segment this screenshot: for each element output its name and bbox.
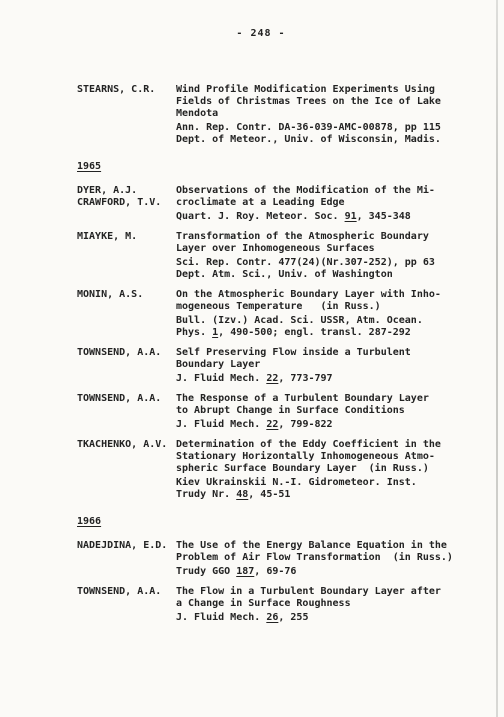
entry-title: Observations of the Modification of the …: [176, 185, 476, 209]
entry-title: Self Preserving Flow inside a Turbulent …: [176, 347, 476, 371]
year-heading-1965: 1965: [77, 161, 101, 173]
bibliography-entry-monin: MONIN, A.S. On the Atmospheric Boundary …: [77, 289, 476, 339]
entry-reference: Ann. Rep. Contr. DA-36-039-AMC-00878, pp…: [176, 122, 476, 146]
scan-edge-artifact: [496, 0, 498, 717]
bibliography-entry-townsend-3: TOWNSEND, A.A. The Flow in a Turbulent B…: [77, 586, 476, 624]
entry-content: Wind Profile Modification Experiments Us…: [176, 84, 476, 146]
entry-title: The Response of a Turbulent Boundary Lay…: [176, 393, 476, 417]
reference-text: J. Fluid Mech.: [176, 612, 266, 623]
bibliography-section-1966: 1966 NADEJDINA, E.D. The Use of the Ener…: [77, 509, 476, 624]
entry-authors: MONIN, A.S.: [77, 289, 176, 301]
entry-authors: TOWNSEND, A.A.: [77, 347, 176, 359]
reference-text: Sci. Rep. Contr. 477(24)(Nr.307-252), pp…: [176, 257, 435, 280]
entry-authors: TKACHENKO, A.V.: [77, 439, 176, 451]
volume-number: 22: [266, 373, 278, 384]
entry-authors: DYER, A.J. CRAWFORD, T.V.: [77, 185, 176, 209]
entry-content: Self Preserving Flow inside a Turbulent …: [176, 347, 476, 385]
bibliography-entry-tkachenko: TKACHENKO, A.V. Determination of the Edd…: [77, 439, 476, 501]
entry-authors: NADEJDINA, E.D.: [77, 540, 176, 552]
entry-title: The Use of the Energy Balance Equation i…: [176, 540, 476, 564]
reference-text: Kiev Ukrainskii N.-I. Gidrometeor. Inst.…: [176, 477, 417, 500]
entry-reference: Bull. (Izv.) Acad. Sci. USSR, Atm. Ocean…: [176, 315, 476, 339]
reference-pages: , 69-76: [254, 566, 296, 577]
entry-authors: STEARNS, C.R.: [77, 84, 176, 96]
entry-title: The Flow in a Turbulent Boundary Layer a…: [176, 586, 476, 610]
entry-reference: Kiev Ukrainskii N.-I. Gidrometeor. Inst.…: [176, 477, 476, 501]
entry-title: Wind Profile Modification Experiments Us…: [176, 84, 476, 120]
entry-content: Determination of the Eddy Coefficient in…: [176, 439, 476, 501]
entry-content: Observations of the Modification of the …: [176, 185, 476, 223]
entry-reference: Sci. Rep. Contr. 477(24)(Nr.307-252), pp…: [176, 257, 476, 281]
entry-content: On the Atmospheric Boundary Layer with I…: [176, 289, 476, 339]
entry-authors: MIAYKE, M.: [77, 231, 176, 243]
reference-pages: , 799-822: [278, 419, 332, 430]
volume-number: 26: [266, 612, 278, 623]
bibliography-entry-nadejdina: NADEJDINA, E.D. The Use of the Energy Ba…: [77, 540, 476, 578]
bibliography-section-top: STEARNS, C.R. Wind Profile Modification …: [77, 84, 476, 146]
reference-pages: , 255: [278, 612, 308, 623]
entry-reference: J. Fluid Mech. 22, 799-822: [176, 419, 476, 431]
entry-content: The Flow in a Turbulent Boundary Layer a…: [176, 586, 476, 624]
reference-pages: , 45-51: [248, 489, 290, 500]
reference-pages: , 773-797: [278, 373, 332, 384]
page-number: - 248 -: [77, 28, 445, 40]
entry-content: The Response of a Turbulent Boundary Lay…: [176, 393, 476, 431]
reference-text: J. Fluid Mech.: [176, 419, 266, 430]
entry-reference: J. Fluid Mech. 26, 255: [176, 612, 476, 624]
reference-pages: , 345-348: [357, 211, 411, 222]
document-page: - 248 - STEARNS, C.R. Wind Profile Modif…: [0, 0, 504, 717]
entry-reference: Quart. J. Roy. Meteor. Soc. 91, 345-348: [176, 211, 476, 223]
reference-text: J. Fluid Mech.: [176, 373, 266, 384]
bibliography-section-1965: 1965 DYER, A.J. CRAWFORD, T.V. Observati…: [77, 154, 476, 501]
entry-authors: TOWNSEND, A.A.: [77, 586, 176, 598]
volume-number: 187: [236, 566, 254, 577]
volume-number: 91: [345, 211, 357, 222]
bibliography-entry-townsend-1: TOWNSEND, A.A. Self Preserving Flow insi…: [77, 347, 476, 385]
entry-content: Transformation of the Atmospheric Bounda…: [176, 231, 476, 281]
reference-text: Quart. J. Roy. Meteor. Soc.: [176, 211, 345, 222]
bibliography-entry-dyer-crawford: DYER, A.J. CRAWFORD, T.V. Observations o…: [77, 185, 476, 223]
entry-authors: TOWNSEND, A.A.: [77, 393, 176, 405]
entry-content: The Use of the Energy Balance Equation i…: [176, 540, 476, 578]
reference-text: Ann. Rep. Contr. DA-36-039-AMC-00878, pp…: [176, 122, 441, 145]
bibliography-entry-townsend-2: TOWNSEND, A.A. The Response of a Turbule…: [77, 393, 476, 431]
reference-text: Trudy GGO: [176, 566, 236, 577]
reference-pages: , 490-500; engl. transl. 287-292: [218, 327, 411, 338]
entry-title: On the Atmospheric Boundary Layer with I…: [176, 289, 476, 313]
volume-number: 48: [236, 489, 248, 500]
entry-reference: J. Fluid Mech. 22, 773-797: [176, 373, 476, 385]
entry-title: Determination of the Eddy Coefficient in…: [176, 439, 476, 475]
entry-title: Transformation of the Atmospheric Bounda…: [176, 231, 476, 255]
bibliography-entry-miayke: MIAYKE, M. Transformation of the Atmosph…: [77, 231, 476, 281]
bibliography-entry-stearns: STEARNS, C.R. Wind Profile Modification …: [77, 84, 476, 146]
volume-number: 22: [266, 419, 278, 430]
entry-reference: Trudy GGO 187, 69-76: [176, 566, 476, 578]
year-heading-1966: 1966: [77, 516, 101, 528]
